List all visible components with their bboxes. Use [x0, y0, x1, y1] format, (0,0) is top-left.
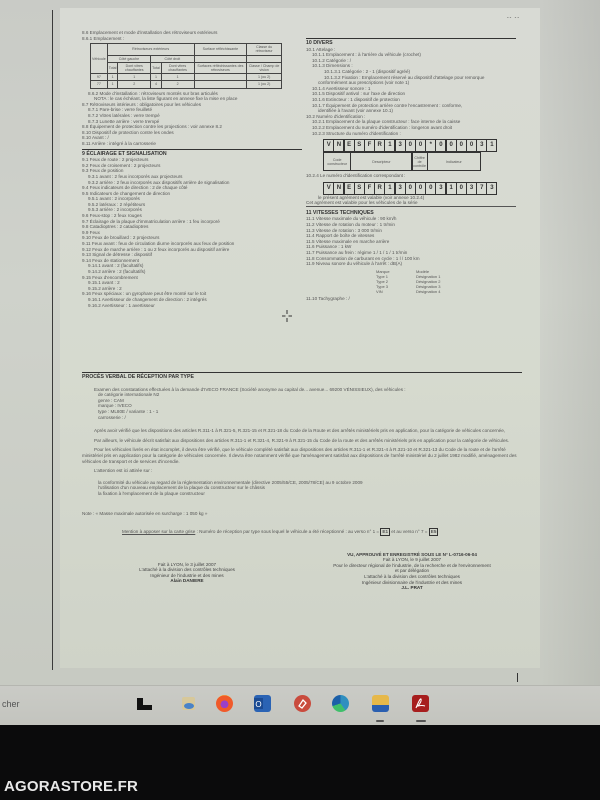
table-subheader: Total: [107, 62, 118, 73]
document-page: -- -- 8.6 Emplacement et mode d'installa…: [60, 8, 540, 668]
table-cell: [194, 81, 247, 88]
table-cell: 97: [91, 74, 108, 81]
pv-reference-line: Mention à apposer sur la carte grise : N…: [82, 528, 522, 536]
active-indicator: [416, 720, 426, 722]
taskbar-search[interactable]: cher: [2, 699, 20, 709]
table-subheader: Dont vitres chauffantes: [161, 62, 194, 73]
table-row: 77 1 2 4 2 1 (ou 2): [91, 81, 282, 88]
file-explorer-icon[interactable]: [372, 695, 389, 712]
table-header-right: Côté droit: [151, 55, 194, 62]
firefox-icon[interactable]: [216, 695, 233, 712]
signature-left: Fait à LYON, le 3 juillet 2007 L'attaché…: [102, 552, 272, 591]
list-item: la fixation à l'emplacement de la plaque…: [98, 491, 522, 497]
vin-example-label: 10.2.4 Le numéro d'identification corres…: [306, 173, 516, 179]
table-cell: 1 (ou 2): [247, 81, 282, 88]
table-header-vehicle: Véhicule: [91, 44, 108, 74]
mirror-table: Véhicule Rétroviseurs extérieurs Surface…: [90, 43, 282, 88]
outlook-icon[interactable]: O: [254, 695, 271, 712]
table-cell: 1 (ou 2): [247, 74, 282, 81]
vin-note-2: Cet agrément est valable pour les véhicu…: [306, 200, 516, 207]
watermark: AGORASTORE.FR: [4, 778, 138, 795]
misc-text-block: 10.1 Attelage :10.1.1 Emplacement : à l'…: [306, 47, 516, 137]
table-subheader: Surfaces réfléchissantes des rétroviseur…: [194, 62, 247, 73]
section-title-technical: 11 VITESSES TECHNIQUES: [306, 209, 516, 217]
table-cell: 4: [151, 81, 162, 88]
vin-legend: Code constructeur Descripteur Chiffre de…: [324, 152, 516, 171]
table-header-group: Rétroviseurs extérieurs: [107, 44, 194, 55]
intro-line: 8.6.1 Emplacement :: [82, 36, 302, 42]
reference-text: : Numéro de réception par type sous lequ…: [195, 529, 379, 534]
table-row: 97 1 1 1 1 1 (ou 2): [91, 74, 282, 81]
pv-paragraph-1: Après avoir vérifié que les dispositions…: [82, 428, 522, 434]
vin-legend-indicator: Indicateur: [427, 152, 481, 171]
table-subheader: Total: [151, 62, 162, 73]
screen-shade: [540, 0, 600, 685]
left-text-block: 8.6.2 Mode d'installation : rétroviseurs…: [82, 91, 302, 147]
vin-character: 3: [486, 182, 497, 195]
table-header-type: Classe du rétroviseur: [247, 44, 282, 55]
vin-character: 1: [486, 139, 497, 152]
table-cell: 77: [91, 81, 108, 88]
mouse-cursor-icon: [282, 310, 292, 322]
reference-badge-2: E5: [429, 528, 439, 536]
task-view-icon[interactable]: [136, 695, 153, 712]
mark-table: MarqueModèleType 1Désignation 1Type 2Dés…: [376, 269, 516, 294]
table-subheader: [194, 55, 247, 62]
anydesk-icon[interactable]: [294, 695, 311, 712]
table-subheader: [247, 55, 282, 62]
vin-legend-wmi: Code constructeur: [323, 152, 351, 171]
edge-icon[interactable]: [332, 695, 349, 712]
left-column: 8.6 Emplacement et mode d'installation d…: [82, 30, 302, 308]
taskbar: cher O: [0, 685, 600, 725]
right-column: 10 DIVERS 10.1 Attelage :10.1.1 Emplacem…: [306, 36, 516, 301]
vin-example-box: VNESFR13000310373: [324, 182, 516, 195]
pv-note: Note : « Masse maximale autorisée en sur…: [82, 511, 522, 517]
table-subheader: Dont vitres chauffantes: [118, 62, 151, 73]
pv-paragraph-2: Par ailleurs, le véhicule décrit satisfa…: [82, 438, 522, 444]
signature-right: VU, APPROUVÉ ET ENREGISTRÉ SOUS LE N° L-…: [302, 552, 522, 591]
onedrive-icon[interactable]: [180, 695, 197, 712]
lighting-text-block: 9.1 Feux de route : 2 projecteurs9.2 Feu…: [82, 157, 302, 308]
sig-right-name: J.L. PRAT: [302, 585, 522, 591]
pv-list-2: la conformité du véhicule au regard de l…: [82, 480, 522, 497]
proces-verbal-section: PROCÈS VERBAL DE RÉCEPTION PAR TYPE Exam…: [82, 372, 522, 591]
text-line: 10.2.3 Structure du numéro d'identificat…: [306, 131, 516, 137]
vin-legend-descriptor: Descripteur: [350, 152, 412, 171]
technical-text-block: 11.1 Vitesse maximale du véhicule : 90 k…: [306, 216, 516, 266]
svg-text:O: O: [255, 700, 261, 709]
page-number: -- --: [507, 16, 520, 22]
table-cell: 1: [107, 81, 118, 88]
table-cell: 1: [118, 74, 151, 81]
pv-title: PROCÈS VERBAL DE RÉCEPTION PAR TYPE: [82, 372, 522, 381]
table-header-left: Côté gauche: [107, 55, 150, 62]
page-edge: [52, 10, 53, 670]
acrobat-icon[interactable]: [412, 695, 429, 712]
text-line: 9.16.2 Avertisseur : 1 avertisseur: [82, 303, 302, 309]
reference-badge-1: E1: [380, 528, 390, 536]
vin-legend-check: Chiffre de contrôle: [412, 152, 428, 171]
vin-structure-box: VNESFR1300*000031: [324, 139, 516, 152]
section-title-lighting: 9 ÉCLAIRAGE ET SIGNALISATION: [82, 149, 302, 158]
monitor-screen: -- -- 8.6 Emplacement et mode d'installa…: [0, 0, 600, 725]
final-line: 11.10 Tachygraphe : /: [306, 296, 516, 302]
table-subheader: Classe / Champ de vision: [247, 62, 282, 73]
table-cell: 1: [151, 74, 162, 81]
reference-mid: et au verso n° 7 =: [390, 529, 427, 534]
table-cell: 2: [118, 81, 151, 88]
pv-paragraph-3: Pour les véhicules livrés en état incomp…: [82, 447, 522, 464]
table-cell: 2: [161, 81, 194, 88]
table-header-area: Surface réfléchissante: [194, 44, 247, 55]
table-cell: 1: [107, 74, 118, 81]
running-indicator: [376, 720, 384, 722]
sig-left-name: Alain DANIERE: [102, 578, 272, 584]
text-line: 11.9 Niveau sonore du véhicule à l'arrêt…: [306, 261, 516, 267]
mark-table-cell: Désignation 4: [416, 289, 476, 294]
table-cell: 1: [161, 74, 194, 81]
pv-intro-list: de catégorie internationale N2genre : CA…: [82, 392, 522, 420]
list-item: carrosserie : /: [98, 415, 522, 421]
section-title-misc: 10 DIVERS: [306, 38, 516, 47]
signatures: Fait à LYON, le 3 juillet 2007 L'attaché…: [82, 552, 522, 591]
text-line: 8.11 Arrière : intégré à la carrosserie: [82, 141, 302, 147]
mark-table-cell: VIN: [376, 289, 416, 294]
pv-paragraph-4: L'attention est ici attirée sur :: [82, 468, 522, 474]
table-cell: [194, 74, 247, 81]
reference-link: Mention à apposer sur la carte grise: [122, 529, 195, 534]
scroll-mark: [517, 673, 518, 682]
